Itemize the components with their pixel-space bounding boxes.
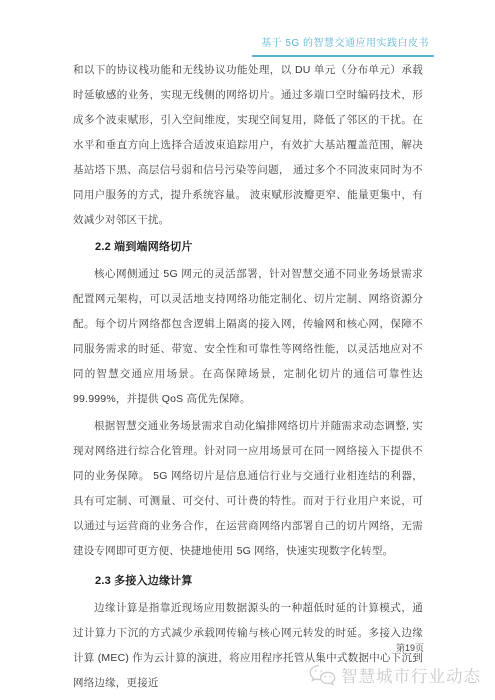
page-number: 第19页 [396,641,424,654]
section-heading-2-2: 2.2 端到端网络切片 [73,235,423,260]
watermark: 智慧城市行业动态 [309,663,481,687]
wechat-icon [309,664,336,687]
section-heading-2-3: 2.3 多接入边缘计算 [73,569,423,594]
page-header: 基于 5G 的智慧交通应用实践白皮书 [252,33,434,57]
section-2-2-paragraph-1: 核心网侧通过 5G 网元的灵活部署，针对智慧交通不同业务场景需求配置网元架构，可… [73,262,423,412]
document-title: 基于 5G 的智慧交通应用实践白皮书 [261,38,429,49]
document-body: 和以下的协议栈功能和无线协议功能处理，以 DU 单元（分布单元）承载时延敏感的业… [73,58,423,698]
intro-paragraph: 和以下的协议栈功能和无线协议功能处理，以 DU 单元（分布单元）承载时延敏感的业… [73,58,423,233]
watermark-label: 智慧城市行业动态 [341,663,481,687]
document-page: 基于 5G 的智慧交通应用实践白皮书 和以下的协议栈功能和无线协议功能处理，以 … [0,0,495,700]
section-2-2-paragraph-2: 根据智慧交通业务场景需求自动化编排网络切片并随需求动态调整, 实现对网络进行综合… [73,414,423,564]
